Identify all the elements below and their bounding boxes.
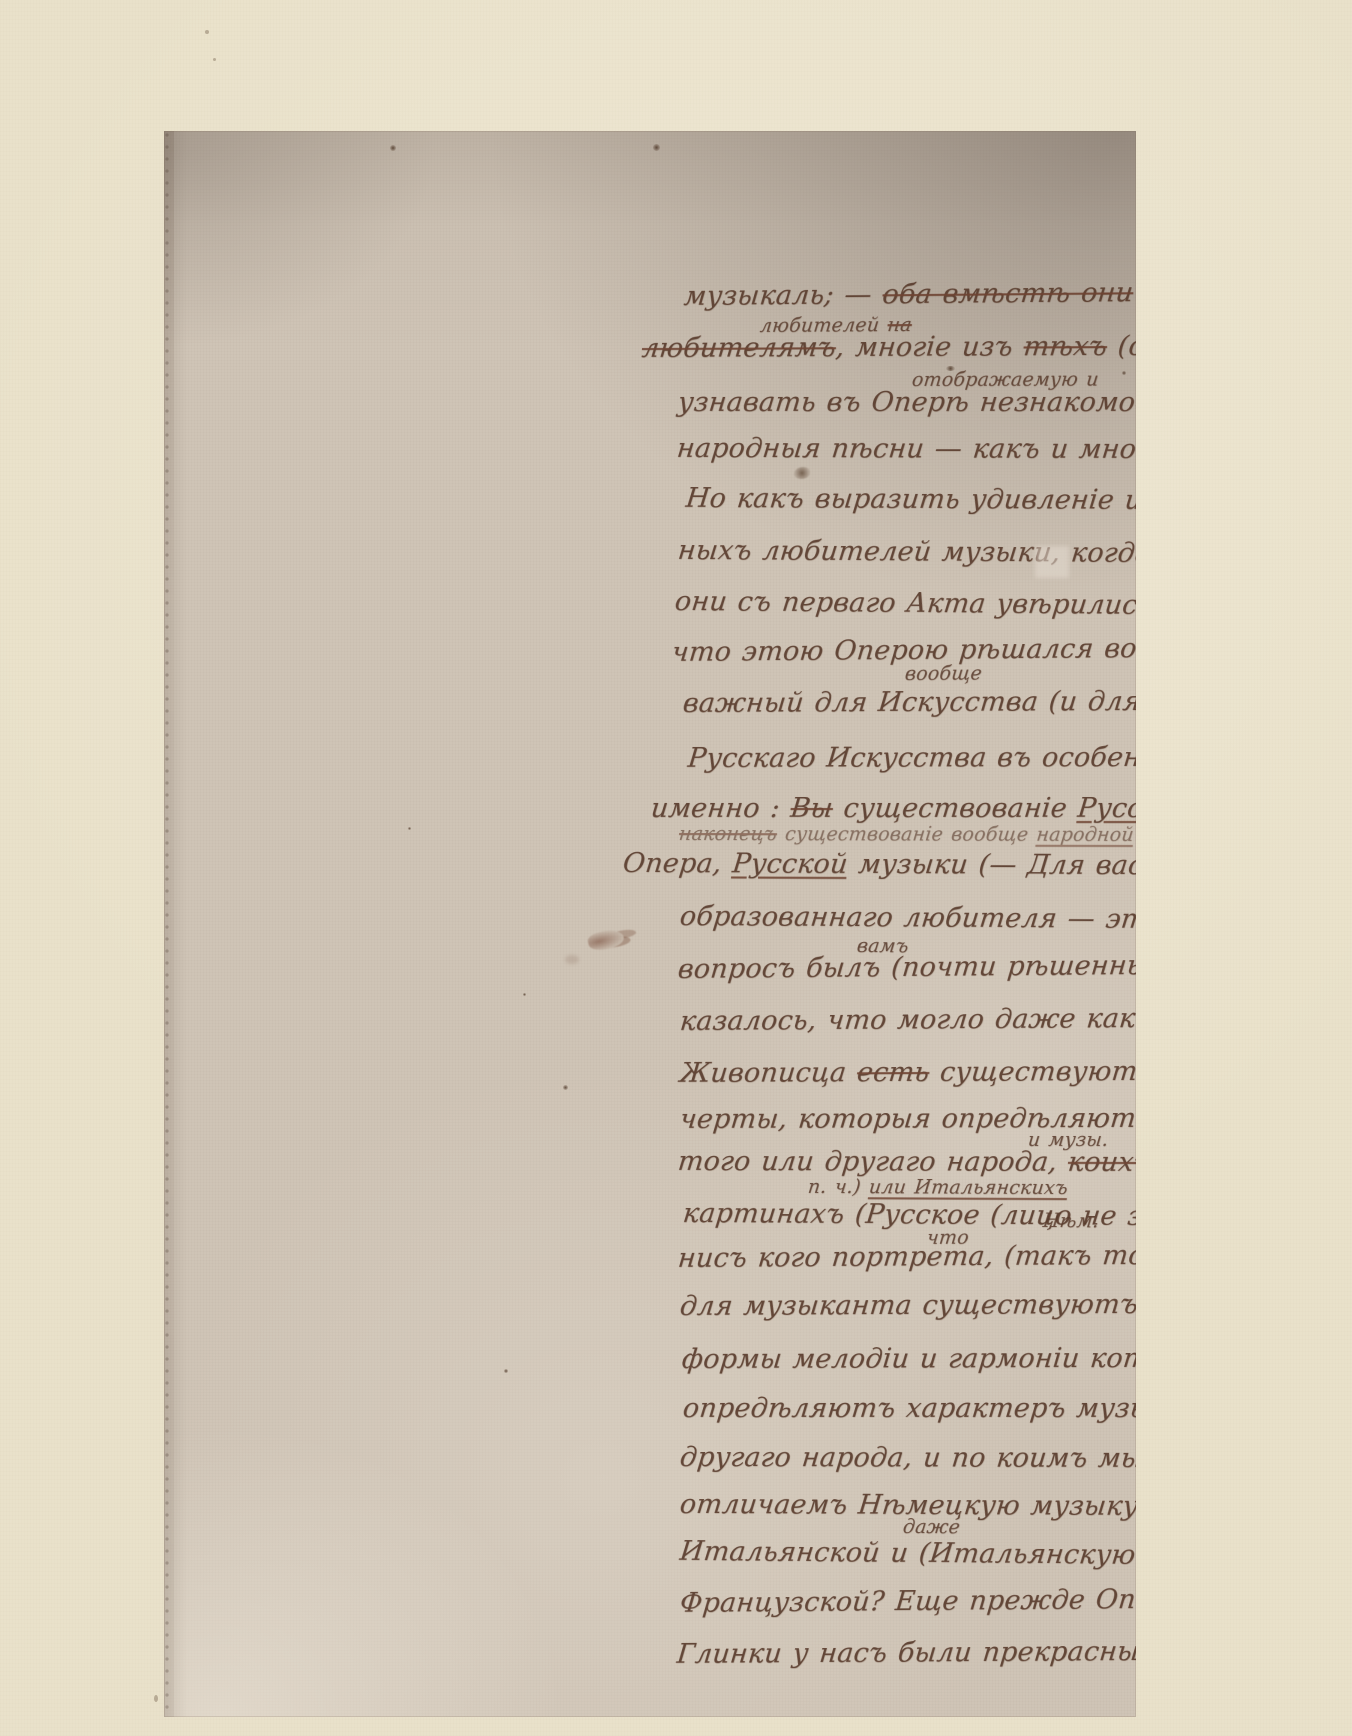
underlined-text: Русской	[1076, 793, 1136, 824]
foxing-dot	[390, 145, 396, 151]
manuscript-line: формы мелодіи и гармоніи кото.	[680, 1343, 1136, 1375]
text-segment: музыкаль; —	[683, 279, 885, 312]
manuscript-line: п. ч.) или Итальянскихъ	[807, 1176, 1069, 1199]
text-segment: музыки (— Для васъ,	[846, 849, 1136, 881]
text-segment: опредѣляютъ характеръ музыки того.	[681, 1393, 1136, 1424]
ink-smudge	[565, 955, 579, 964]
text-segment: нисъ кого портрета, (такъ точно и	[676, 1240, 1136, 1274]
manuscript-line: узнавать въ Оперѣ незнакомое (публи.	[676, 387, 1136, 418]
foxing-dot	[523, 993, 526, 996]
struck-text: оба вмѣстѣ они	[881, 277, 1135, 310]
underlined-text: народной	[1035, 824, 1135, 846]
text-segment: именно :	[649, 793, 792, 824]
text-segment: Опера,	[621, 848, 734, 879]
text-segment: Французской? Еще прежде Оперы	[679, 1584, 1136, 1619]
text-segment: формы мелодіи и гармоніи кото.	[680, 1343, 1136, 1375]
manuscript-text-block: музыкаль; — оба вмѣстѣ они дѣлаютълюбите…	[164, 131, 1136, 1717]
text-segment: для музыканта существуютъ особые	[678, 1289, 1136, 1322]
foxing-dot	[1122, 371, 1126, 375]
manuscript-line: Французской? Еще прежде Оперы	[679, 1584, 1136, 1619]
text-segment: существованіе	[831, 793, 1079, 824]
text-segment: того или другаго народа,	[676, 1146, 1069, 1178]
manuscript-line: казалось, что могло даже какъ для	[678, 1003, 1136, 1037]
photo-plate: музыкаль; — оба вмѣстѣ они дѣлаютълюбите…	[164, 131, 1136, 1717]
manuscript-line: вообще	[904, 663, 983, 685]
text-segment: узнавать въ Оперѣ незнакомое (публи.	[676, 387, 1136, 418]
text-segment: Глинки у насъ были прекрасные	[675, 1636, 1136, 1670]
manuscript-line: образованнаго любителя — этотъ	[678, 901, 1136, 935]
manuscript-line: опредѣляютъ характеръ музыки того.	[681, 1393, 1136, 1424]
text-segment: важный для Искусства (и для	[681, 686, 1136, 719]
text-segment: казалось, что могло даже какъ для	[678, 1003, 1136, 1037]
manuscript-line: того или другаго народа, коихъ заст.	[676, 1146, 1136, 1178]
manuscript-line: Глинки у насъ были прекрасные	[675, 1636, 1136, 1670]
text-segment: Нѣм.	[1042, 1210, 1100, 1232]
book-page: музыкаль; — оба вмѣстѣ они дѣлаютълюбите…	[0, 0, 1352, 1736]
text-segment: народныя пѣсни — какъ и многія.	[675, 433, 1136, 465]
struck-text: есть	[856, 1057, 931, 1088]
struck-text: наконецъ	[678, 823, 778, 845]
foxing-dot	[408, 827, 411, 830]
manuscript-line: наконецъ существованіе вообще народной м…	[678, 823, 1136, 846]
manuscript-line: вопросъ былъ (почти рѣшеннымъ; вы	[677, 949, 1136, 985]
page-speck	[213, 58, 216, 61]
text-segment: Русскаго Искусства въ особенности, —	[686, 742, 1136, 774]
manuscript-line: важный для Искусства (и для	[681, 686, 1136, 719]
text-segment: существуютъ особенныя	[928, 1055, 1136, 1088]
underlined-text: или Итальянскихъ	[868, 1176, 1069, 1199]
struck-text: тѣхъ	[1022, 331, 1109, 362]
manuscript-line: даже	[902, 1516, 961, 1538]
text-segment: вообще	[904, 663, 983, 685]
manuscript-line: любителямъ, многіе изъ тѣхъ (опредѣля.	[640, 330, 1136, 364]
manuscript-line: они съ перваго Акта увѣрились,	[673, 586, 1136, 621]
text-segment: , многіе изъ	[834, 331, 1025, 363]
text-segment: существованіе вообще	[776, 823, 1038, 846]
text-segment: даже	[902, 1516, 961, 1538]
struck-text: любителямъ	[640, 332, 837, 364]
manuscript-line: нисъ кого портрета, (такъ точно и	[676, 1240, 1136, 1274]
manuscript-line: для музыканта существуютъ особые	[678, 1289, 1136, 1322]
manuscript-line: другаго народа, и по коимъ мы	[678, 1442, 1136, 1474]
light-patch	[1035, 546, 1069, 578]
text-segment: п. ч.)	[807, 1176, 870, 1198]
manuscript-line: Нѣм.	[1042, 1210, 1100, 1232]
text-segment: что этою Оперою рѣшался вопросъ	[671, 632, 1136, 668]
text-segment: (опредѣля.	[1105, 330, 1136, 362]
text-segment: Итальянской и (Итальянскую отъ	[678, 1536, 1136, 1571]
underlined-text: Русской	[731, 848, 850, 879]
text-segment: они съ перваго Акта увѣрились,	[673, 586, 1136, 621]
text-segment: вопросъ былъ (почти рѣшеннымъ; вы	[677, 949, 1136, 985]
manuscript-line: народныя пѣсни — какъ и многія.	[675, 433, 1136, 465]
struck-text: Вы	[789, 793, 834, 824]
page-speck	[154, 1695, 158, 1702]
manuscript-line: Русскаго Искусства въ особенности, —	[686, 742, 1136, 774]
page-speck	[205, 30, 209, 34]
text-segment: другаго народа, и по коимъ мы	[678, 1442, 1136, 1474]
foxing-dot	[504, 1369, 508, 1373]
manuscript-line: Живописца есть существуютъ особенныя	[678, 1055, 1136, 1089]
manuscript-line: Опера, Русской музыки (— Для васъ,	[621, 848, 1136, 881]
foxing-dot	[563, 1085, 568, 1090]
manuscript-line: именно : Вы существованіе Русской	[649, 793, 1136, 824]
manuscript-line: музыкаль; — оба вмѣстѣ они дѣлаютъ	[683, 276, 1136, 312]
manuscript-line: что этою Оперою рѣшался вопросъ	[671, 632, 1136, 668]
manuscript-line: Но какъ выразить удивленіе исти.	[684, 483, 1136, 516]
foxing-dot	[653, 144, 660, 151]
foxing-dot	[946, 366, 955, 371]
text-segment: Но какъ выразить удивленіе исти.	[684, 483, 1136, 516]
struck-text: коихъ заст.	[1066, 1147, 1136, 1178]
text-segment: образованнаго любителя — этотъ	[678, 901, 1136, 935]
manuscript-line: Итальянской и (Итальянскую отъ	[678, 1536, 1136, 1571]
text-segment: Живописца	[678, 1057, 858, 1089]
